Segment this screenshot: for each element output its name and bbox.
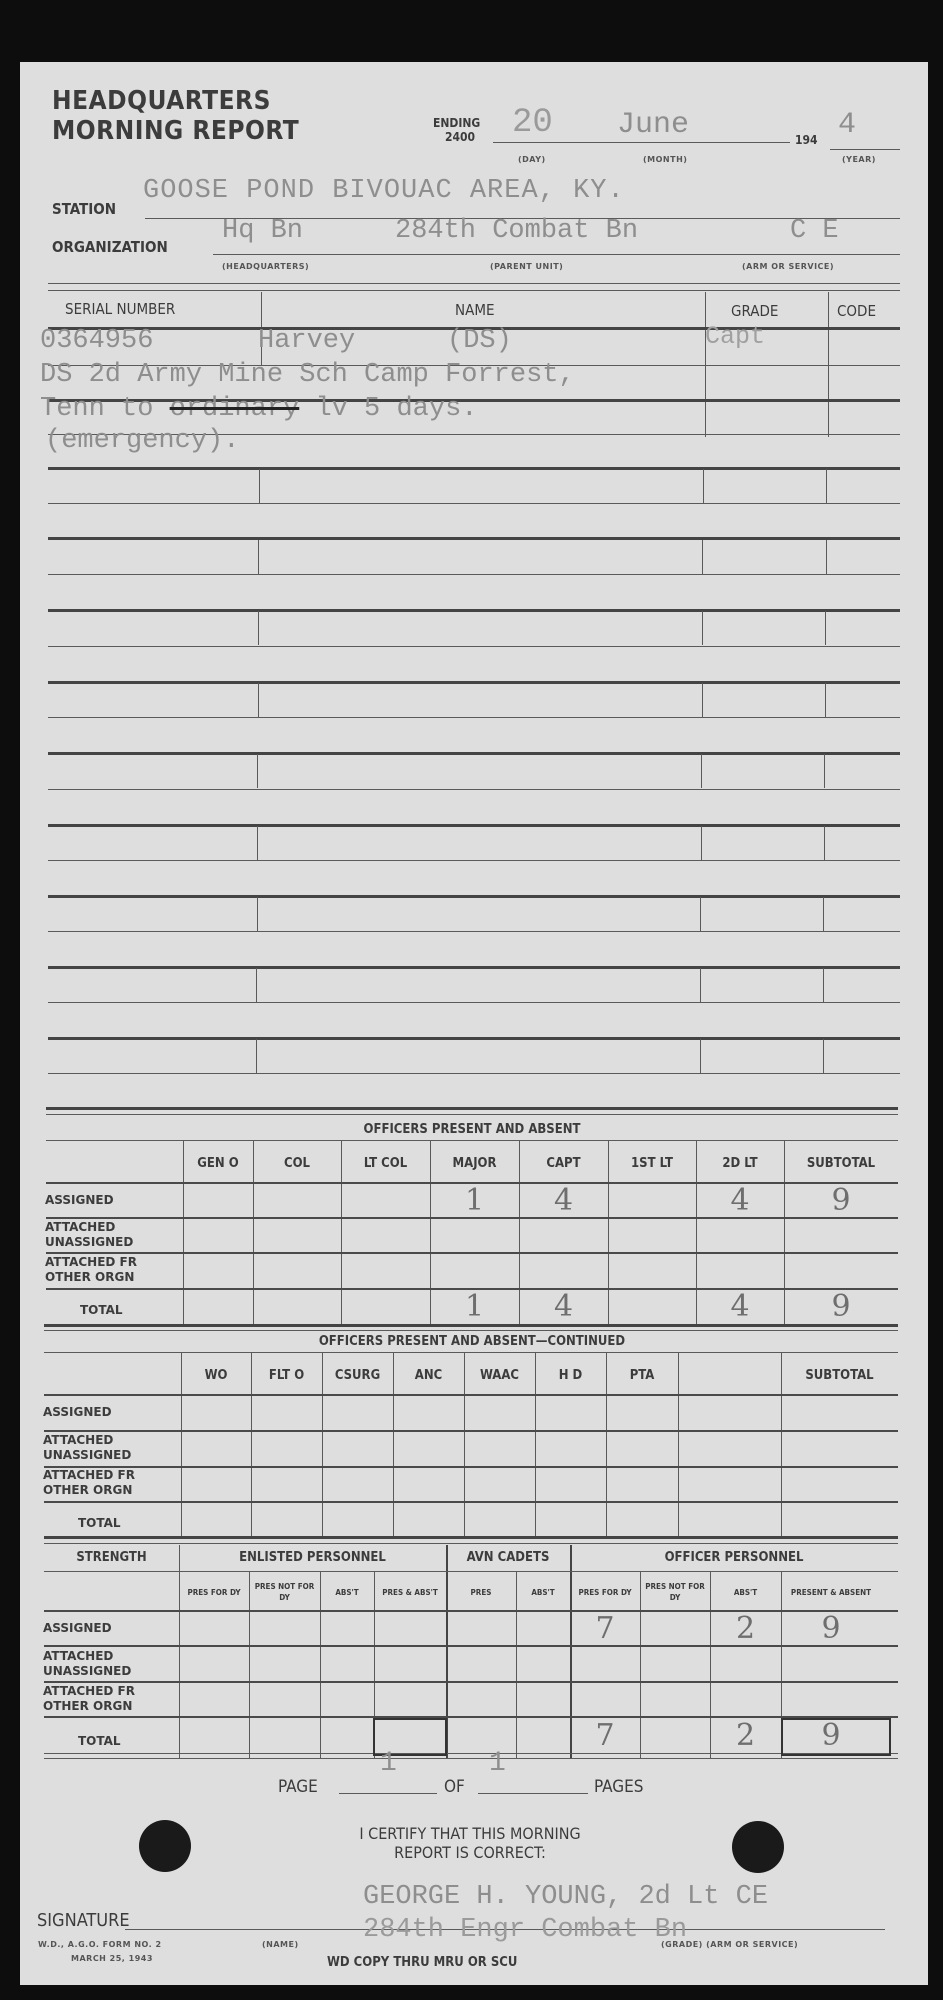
binder-hole-left (139, 1820, 191, 1872)
group-enlisted-personnel: ENLISTED PERSONNEL (179, 1550, 446, 1565)
row-total: TOTAL (78, 1516, 121, 1531)
form-number: W.D., A.G.O. FORM NO. 2 (38, 1940, 162, 1949)
of-label: OF (444, 1777, 465, 1797)
grade-arm-caption: (GRADE) (ARM OR SERVICE) (661, 1940, 798, 1949)
total-capt: 4 (519, 1289, 608, 1323)
group-avn-cadets: AVN CADETS (446, 1550, 570, 1565)
page-number: 1 (380, 1748, 397, 1779)
remark-line-2: Tenn to ordinary lv 5 days. (40, 394, 477, 424)
certify-line-2: REPORT IS CORRECT: (230, 1843, 710, 1862)
total-off-present-absent: 9 (781, 1718, 881, 1752)
col-major: MAJOR (430, 1150, 519, 1176)
day-caption: (DAY) (518, 155, 546, 164)
col-off-pres-for-dy: PRES FOR DY (570, 1574, 640, 1610)
row-attached-fr-other-orgn: ATTACHED FR OTHER ORGN (43, 1468, 163, 1498)
year-underline (830, 149, 900, 150)
col-waac: WAAC (464, 1362, 535, 1388)
total-off-abst: 2 (710, 1718, 781, 1752)
col-col: COL (253, 1150, 341, 1176)
col-code: CODE (837, 302, 876, 320)
entry-grade: Capt (705, 322, 765, 351)
col-off-pres-not-for-dy: PRES NOT FOR DY (640, 1574, 710, 1610)
title-line-1: HEADQUARTERS (52, 86, 299, 116)
row-assigned: ASSIGNED (43, 1614, 112, 1642)
form-date: MARCH 25, 1943 (71, 1954, 153, 1963)
parent-unit-caption: (PARENT UNIT) (490, 262, 563, 271)
ending-text: ENDING (433, 116, 480, 130)
month-value: June (617, 108, 689, 142)
col-blank (678, 1362, 781, 1388)
ending-time: 2400 (433, 130, 480, 144)
title-line-2: MORNING REPORT (52, 116, 299, 146)
binder-hole-right (732, 1821, 784, 1873)
year-prefix: 194 (795, 133, 818, 147)
row-attached-unassigned: ATTACHED UNASSIGNED (43, 1433, 173, 1463)
total-off-pres-for-dy: 7 (570, 1718, 640, 1752)
strength-label: STRENGTH (44, 1550, 179, 1565)
remark-text: Tenn to (40, 394, 153, 424)
org-parent-unit: 284th Combat Bn (395, 216, 638, 246)
col-off-abst: ABS'T (710, 1574, 781, 1610)
row-attached-fr-other-orgn: ATTACHED FR OTHER ORGN (45, 1255, 165, 1285)
col-enl-pres-for-dy: PRES FOR DY (179, 1574, 249, 1610)
col-cadet-abst: ABS'T (516, 1574, 570, 1610)
remark-line-1: DS 2d Army Mine Sch Camp Forrest, (40, 360, 575, 390)
signature-typed-name: GEORGE H. YOUNG, 2d Lt CE (363, 1882, 768, 1912)
station-label: STATION (52, 200, 116, 218)
row-assigned: ASSIGNED (45, 1186, 114, 1214)
month-caption: (MONTH) (643, 155, 687, 164)
col-grade: GRADE (731, 302, 778, 320)
assigned-2d-lt: 4 (696, 1183, 784, 1217)
total-major: 1 (430, 1289, 519, 1323)
day-value: 20 (512, 104, 553, 142)
col-wo: WO (181, 1362, 251, 1388)
entry-status: (DS) (447, 326, 512, 356)
arm-service-caption: (ARM OR SERVICE) (742, 262, 834, 271)
assigned-subtotal: 9 (784, 1183, 898, 1217)
row-total: TOTAL (80, 1303, 123, 1318)
page-underline (339, 1793, 437, 1794)
row-assigned: ASSIGNED (43, 1398, 112, 1426)
col-1st-lt: 1ST LT (608, 1150, 696, 1176)
col-csurg: CSURG (322, 1362, 393, 1388)
row-total: TOTAL (78, 1734, 121, 1749)
signature-typed-unit: 284th Engr Combat Bn (363, 1915, 687, 1945)
row-attached-unassigned: ATTACHED UNASSIGNED (45, 1220, 175, 1250)
officers-continued-title: OFFICERS PRESENT AND ABSENT—CONTINUED (46, 1334, 898, 1349)
total-pages-underline (478, 1793, 588, 1794)
remark-line-3: (emergency). (45, 426, 239, 456)
col-enl-abst: ABS'T (320, 1574, 374, 1610)
col-cadet-pres: PRES (446, 1574, 516, 1610)
year-caption: (YEAR) (842, 155, 876, 164)
col-lt-col: LT COL (341, 1150, 430, 1176)
table-rule (46, 1140, 898, 1141)
page-label: PAGE (278, 1777, 318, 1797)
certification-statement: I CERTIFY THAT THIS MORNING REPORT IS CO… (230, 1824, 710, 1862)
assigned-off-present-absent: 9 (781, 1611, 881, 1645)
table-rule (44, 1352, 898, 1353)
date-underline (493, 142, 790, 143)
ending-label: ENDING 2400 (433, 116, 480, 144)
roster-top-rule (48, 283, 900, 284)
remark-strikethrough: ordinary (170, 394, 300, 424)
roster-top-rule-2 (48, 290, 900, 291)
col-gen-o: GEN O (183, 1150, 253, 1176)
col-enl-pres-not-for-dy: PRES NOT FOR DY (249, 1574, 320, 1610)
col-flt-o: FLT O (251, 1362, 322, 1388)
routing-note: WD COPY THRU MRU OR SCU (327, 1955, 517, 1970)
col-anc: ANC (393, 1362, 464, 1388)
remark-text: lv 5 days. (315, 394, 477, 424)
assigned-capt: 4 (519, 1183, 608, 1217)
organization-underline (213, 254, 900, 255)
col-enl-pres-abst: PRES & ABS'T (374, 1574, 446, 1610)
col-name: NAME (455, 301, 495, 319)
assigned-major: 1 (430, 1183, 519, 1217)
year-digit: 4 (838, 108, 856, 142)
assigned-off-pres-for-dy: 7 (570, 1611, 640, 1645)
col-2d-lt: 2D LT (696, 1150, 784, 1176)
name-caption: (NAME) (262, 1940, 299, 1949)
row-attached-fr-other-orgn: ATTACHED FR OTHER ORGN (43, 1684, 163, 1714)
col-subtotal: SUBTOTAL (784, 1150, 898, 1176)
pages-label: PAGES (594, 1777, 644, 1797)
col-serial-number: SERIAL NUMBER (65, 300, 175, 318)
org-arm-service: C E (790, 216, 839, 246)
entry-serial: 0364956 (40, 326, 153, 356)
col-subtotal: SUBTOTAL (781, 1362, 898, 1388)
org-headquarters: Hq Bn (222, 216, 303, 246)
row-attached-unassigned: ATTACHED UNASSIGNED (43, 1649, 173, 1679)
total-pages: 1 (489, 1748, 506, 1779)
col-off-present-absent: PRESENT & ABSENT (781, 1574, 881, 1610)
officers-table-title: OFFICERS PRESENT AND ABSENT (46, 1122, 898, 1137)
form-title: HEADQUARTERS MORNING REPORT (52, 86, 299, 146)
organization-label: ORGANIZATION (52, 238, 168, 256)
group-officer-personnel: OFFICER PERSONNEL (570, 1550, 898, 1565)
entry-name: Harvey (258, 326, 355, 356)
total-2d-lt: 4 (696, 1289, 784, 1323)
col-capt: CAPT (519, 1150, 608, 1176)
certify-line-1: I CERTIFY THAT THIS MORNING (230, 1824, 710, 1843)
signature-label: SIGNATURE (37, 1910, 130, 1931)
total-subtotal: 9 (784, 1289, 898, 1323)
col-pta: PTA (606, 1362, 678, 1388)
assigned-off-abst: 2 (710, 1611, 781, 1645)
station-value: GOOSE POND BIVOUAC AREA, KY. (143, 176, 625, 206)
col-hd: H D (535, 1362, 606, 1388)
headquarters-caption: (HEADQUARTERS) (222, 262, 309, 271)
